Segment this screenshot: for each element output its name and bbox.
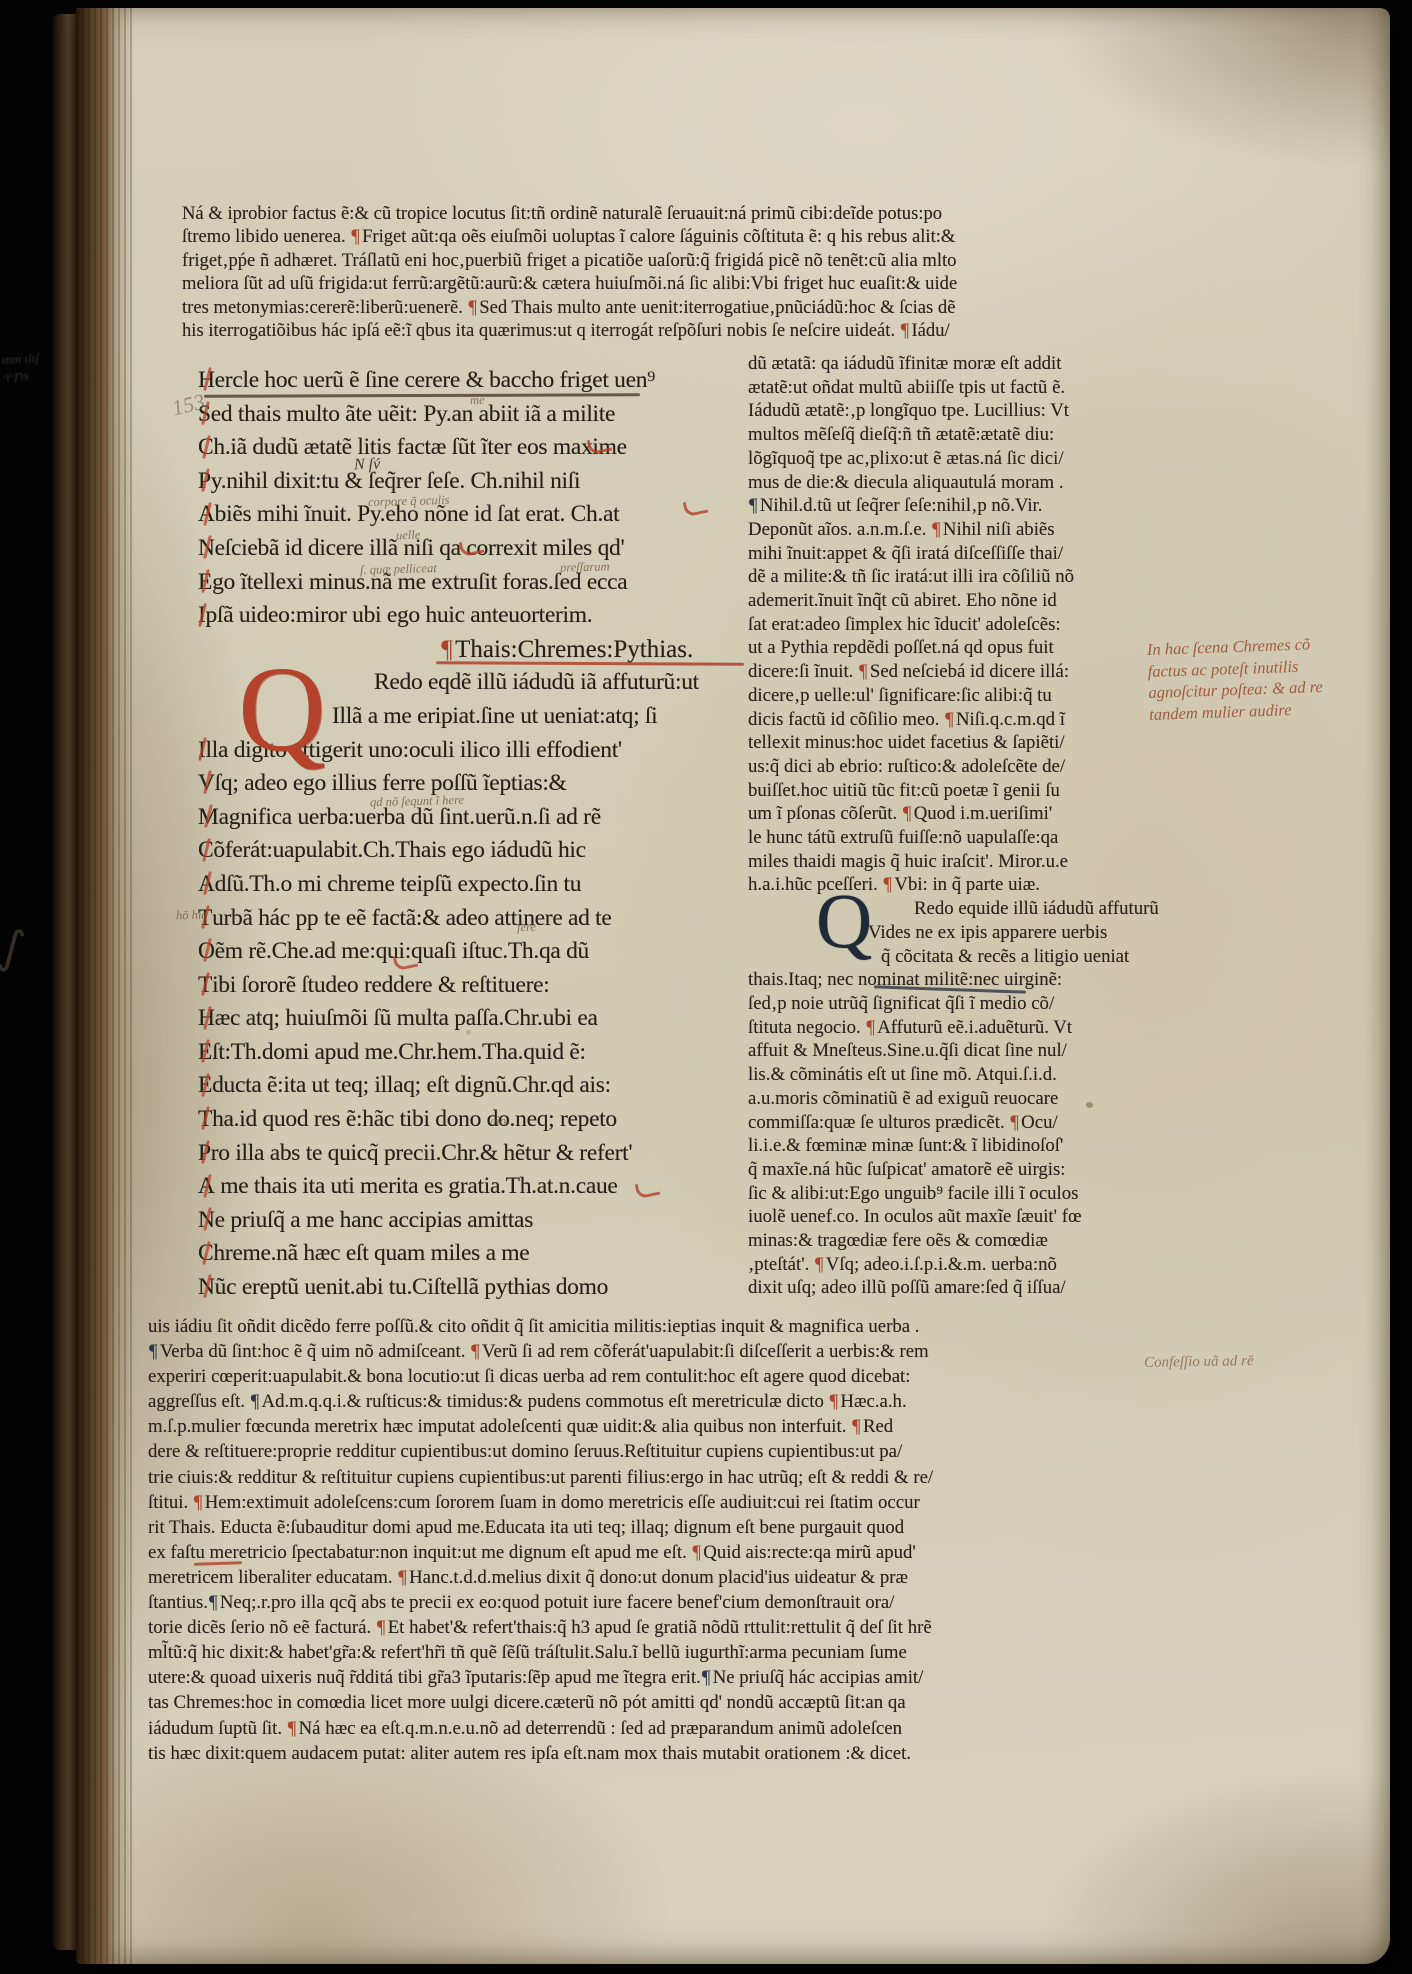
rubricated-capital: N — [198, 1271, 215, 1305]
verse-line: Adſũ.Th.o mi chreme teipſũ expecto.ſin t… — [198, 868, 788, 902]
commentary-line: dicis factũ id cõſilio meo. ¶Niſi.q.c.m.… — [748, 708, 1152, 732]
red-pilcrow: ¶ — [931, 519, 943, 540]
verse-line: Pro illa abs te quicq̃ precii.Chr.& hẽtu… — [198, 1137, 788, 1171]
handwritten-margin-note: Confeſſio uã ad rē — [1144, 1353, 1254, 1372]
commentary-line: ætatẽ:ut oñdat multũ abiiſſe tpis ut fac… — [748, 376, 1152, 400]
commentary-line: ex faſtu meretricio ſpectabatur:non inqu… — [148, 1540, 1158, 1565]
commentary-line: dũ ætatã: qa iádudũ ĩfinitæ moræ eſt add… — [748, 352, 1152, 376]
rubricated-capital: A — [198, 868, 215, 902]
verse-line: Magnifica uerba:uerba dũ ſint.uerũ.n.ſi … — [198, 801, 788, 835]
commentary-line: iuolẽ uenef.co. In oculos aũt maxĩe ſæui… — [748, 1205, 1152, 1229]
interlinear-note: uelle — [396, 528, 421, 544]
rubricated-capital: M — [198, 801, 219, 835]
book-page: Ná & iprobior factus ẽ:& cũ tropice locu… — [76, 8, 1390, 1964]
rubricated-capital: T — [198, 969, 212, 1003]
rubricated-capital: T — [198, 1103, 212, 1137]
commentary-line: utere:& quoad uixeris nuq̃ r̃dditá tibi … — [148, 1665, 1158, 1690]
verse-line: Turbã hác pp te eẽ factã:& adeo attinere… — [198, 902, 788, 936]
interlinear-note: corpore q̃ oculis — [368, 493, 450, 510]
verse-line: A me thais ita uti merita es gratia.Th.a… — [198, 1170, 788, 1204]
commentary-line: trie ciuis:& redditur & reſtituitur cupi… — [148, 1465, 1158, 1490]
margin-squiggle: ∫ — [0, 918, 29, 976]
commentary-line: uis iádiu ſit oñdit dicẽdo ferre poſſũ.&… — [148, 1314, 1158, 1339]
commentary-line: ſat erat:adeo ſimplex hic ĩducit' adoleſ… — [748, 613, 1152, 637]
commentary-line: m.ſ.p.mulier fœcunda meretrix hæc imputa… — [148, 1414, 1158, 1439]
verse-line: Sed thais multo ãte uẽit: Py.an abiit iã… — [198, 398, 788, 432]
red-pilcrow: ¶ — [440, 636, 455, 663]
binding-gutter-shadow — [76, 8, 134, 1964]
commentary-line: meretricem liberaliter educatam. ¶Hanc.t… — [148, 1565, 1158, 1590]
rubricated-capital: I — [198, 734, 206, 768]
verse-line: Chreme.nã hæc eſt quam miles a me — [198, 1237, 788, 1271]
commentary-line: lõgĩquoq̃ tpe ac‚plixo:ut ẽ ætas.ná ſic … — [748, 447, 1152, 471]
commentary-line: meliora ſũt ad uſũ frigida:ut ferrũ:argẽ… — [182, 272, 1162, 295]
commentary-line: mihi ĩnuit:appet & q̃ſi iratá diſceſſiſſ… — [748, 542, 1152, 566]
red-initial-q: Q — [238, 662, 326, 757]
ink-speck — [1086, 1102, 1093, 1108]
red-pilcrow: ¶ — [376, 1617, 388, 1638]
rubricated-capital: E — [198, 1069, 212, 1103]
interlinear-note: preſſarum — [560, 559, 610, 575]
rubricated-capital: I — [198, 599, 206, 633]
commentary-line: friget‚pṕe ñ adhæret. Tráſlatũ eni hoc‚p… — [182, 249, 1162, 272]
red-pilcrow: ¶ — [193, 1492, 205, 1513]
faded-margin-scribble: ınm ılıſ·ʏ·ꞅıs — [1, 349, 40, 385]
red-pilcrow: ¶ — [858, 661, 870, 682]
commentary-line: tellexit minus:hoc uidet facetius & ſapi… — [748, 731, 1152, 755]
interlinear-note: qd nõ ſequnt ĩ here — [370, 793, 464, 810]
red-pilcrow: ¶ — [829, 1391, 841, 1412]
commentary-line: Vides ne ex ipis apparere uerbis — [748, 921, 1152, 945]
verse-line: Educta ẽ:ita ut teq; illaq; eſt dignũ.Ch… — [198, 1069, 788, 1103]
commentary-line: tres metonymias:cererẽ:liberũ:uenerẽ. ¶S… — [182, 296, 1162, 319]
commentary-line: dere & reſtituere:proprie redditur cupie… — [148, 1439, 1158, 1464]
verse-line: Ne priuſq̃ a me hanc accipias amittas — [198, 1204, 788, 1238]
commentary-line: ſtituta negocio. ¶Affuturũ eẽ.i.aduẽturũ… — [748, 1016, 1152, 1040]
commentary-line: ſtremo libido uenerea. ¶Friget aũt:qa oẽ… — [182, 225, 1162, 248]
red-pilcrow: ¶ — [287, 1718, 299, 1739]
commentary-line: dẽ a milite:& tñ ſic iratá:ut illi ira c… — [748, 565, 1152, 589]
commentary-line: iádudum ſuptũ ſit. ¶Ná hæc ea eſt.q.m.n.… — [148, 1716, 1158, 1741]
commentary-line: q̃ cõcitata & recẽs a litigio ueniat — [748, 945, 1152, 969]
commentary-line: ml̃tũ:q̃ hic dixit:& habet'gr̃a:& refert… — [148, 1640, 1158, 1665]
rubricated-capital: C — [198, 834, 213, 868]
commentary-line: tis hæc dixit:quem audacem putat: aliter… — [148, 1741, 1158, 1766]
verse-line: Ego ĩtellexi minus.nã me extruſit foras.… — [198, 566, 788, 600]
commentary-line: dicere:ſi ĩnuit. ¶Sed neſciebá id dicere… — [748, 660, 1152, 684]
rubricated-capital: P — [198, 1137, 211, 1171]
drop-cap-section: Q Redo eqdẽ illũ iádudũ iã affuturũ:utIl… — [198, 666, 788, 733]
commentary-line: dixit uſq; adeo illũ poſſũ amare:ſed q̃ … — [748, 1276, 1152, 1300]
verse-line: Eſt:Th.domi apud me.Chr.hem.Tha.quid ẽ: — [198, 1036, 788, 1070]
commentary-line: Deponũt aĩos. a.n.m.ſ.e. ¶Nihil niſi abi… — [748, 518, 1152, 542]
commentary-line: ſic & alibi:ut:Ego unguib⁹ facile illi ĩ… — [748, 1182, 1152, 1206]
red-pilcrow: ¶ — [397, 1567, 409, 1588]
commentary-line: minas:& tragœdiæ fere oẽs & comœdiæ — [748, 1229, 1152, 1253]
commentary-line: multos mẽſeſq̃ dieſq̃:ñ tñ ætatẽ:ætatẽ d… — [748, 423, 1152, 447]
red-pilcrow: ¶ — [865, 1017, 877, 1038]
verse-line: Ch.iã dudũ ætatẽ litis factæ ſũt ĩter eo… — [198, 431, 788, 465]
interlinear-note: ſ. quæ pelliceat — [360, 561, 437, 578]
bottom-commentary-block: uis iádiu ſit oñdit dicẽdo ferre poſſũ.&… — [148, 1314, 1158, 1766]
verse-line: Nũc ereptũ uenit.abi tu.Ciſtellã pythias… — [198, 1271, 788, 1305]
red-pilcrow: ¶ — [468, 297, 480, 318]
commentary-line: us:q̃ dici ab ebrio: ruſtico:& adoleſcẽt… — [748, 755, 1152, 779]
commentary-line: dicere‚p uelle:ul' ſignificare:ſic alibi… — [748, 684, 1152, 708]
interlinear-note: N ſv́ — [354, 456, 381, 475]
dark-pilcrow: ¶ — [250, 1391, 262, 1412]
red-pilcrow: ¶ — [900, 320, 912, 341]
red-pilcrow: ¶ — [902, 803, 914, 824]
photograph-background: ınm ılıſ·ʏ·ꞅıs ∫ Ná & iprobior factus ẽ:… — [0, 0, 1412, 1974]
commentary-line: commiſſa:quæ ſe ulturos prædicẽt. ¶Ocu/ — [748, 1111, 1152, 1135]
commentary-line: Redo equide illũ iádudũ affuturũ — [748, 897, 1152, 921]
rubricated-capital: O — [198, 935, 215, 969]
verse-line: Hercle hoc uerũ ẽ ſine cerere & baccho f… — [198, 364, 788, 398]
ink-speck — [466, 1030, 471, 1035]
commentary-line: Ná & iprobior factus ẽ:& cũ tropice locu… — [182, 202, 1162, 225]
red-pilcrow: ¶ — [470, 1341, 482, 1362]
commentary-line: ¶Verba dũ ſint:hoc ẽ q̃ uim nõ admiſcean… — [148, 1339, 1158, 1364]
rubricated-capital: H — [198, 1002, 215, 1036]
commentary-line: li.i.e.& fœminæ minæ ſunt:& ĩ libidinoſo… — [748, 1134, 1152, 1158]
commentary-line: ademerit.ĩnuit ĩnq̃t cũ abiret. Eho nõne… — [748, 589, 1152, 613]
commentary-line: ut a Pythia repdẽdi poſſet.ná qd opus fu… — [748, 636, 1152, 660]
rubricated-capital: N — [198, 532, 215, 566]
blue-initial-q: Q — [816, 891, 872, 952]
commentary-line: tas Chremes:hoc in comœdia licet more uu… — [148, 1690, 1158, 1715]
handwritten-margin-note: In hac ſcena Chremes cõfactus ac poteſt … — [1147, 633, 1324, 725]
dark-pilcrow: ¶ — [701, 1667, 713, 1688]
red-pilcrow: ¶ — [1009, 1112, 1021, 1133]
commentary-line: Iádudũ ætatẽ:‚p longĩquo tpe. Lucillius:… — [748, 399, 1152, 423]
commentary-line: h.a.i.hũc pceſſeri. ¶Vbi: in q̃ parte ui… — [748, 873, 1152, 897]
commentary-line: lis.& cõminátis eſt ut ſine mõ. Atqui.ſ.… — [748, 1063, 1152, 1087]
commentary-line: mus de die:& diecula aliquautulá moram . — [748, 471, 1152, 495]
commentary-line: his iterrogatiõibus hác ipſá eẽ:ĩ qbus i… — [182, 319, 1162, 342]
commentary-line: ſtantius.¶Neq;.r.pro illa qcq̃ abs te pr… — [148, 1590, 1158, 1615]
verse-line: Oẽm rẽ.Che.ad me:qui:quaſi iſtuc.Th.qa d… — [198, 935, 788, 969]
commentary-line: um ĩ pſonas cõſerũt. ¶Quod i.m.ueriſimi' — [748, 802, 1152, 826]
rubricated-capital: P — [198, 465, 211, 499]
commentary-line: aggreſſus eſt. ¶Ad.m.q.q.i.& ruſticus:& … — [148, 1389, 1158, 1414]
interlinear-note: hō hie — [176, 908, 207, 924]
dark-pilcrow: ¶ — [748, 495, 760, 516]
red-pilcrow: ¶ — [944, 709, 956, 730]
red-pilcrow: ¶ — [851, 1416, 863, 1437]
commentary-line: miles thaidi magis q̃ huic iraſcit'. Mir… — [748, 850, 1152, 874]
rubricated-capital: N — [198, 1204, 215, 1238]
verse-line: Neſciebã id dicere illã niſi qa correxit… — [198, 532, 788, 566]
commentary-line: ‚pteſtát'. ¶Vſq; adeo.i.ſ.p.i.&.m. uerba… — [748, 1253, 1152, 1277]
red-pilcrow: ¶ — [691, 1542, 703, 1563]
red-pilcrow: ¶ — [883, 874, 895, 895]
commentary-line: ſtitui. ¶Hem:extimuit adoleſcens:cum ſor… — [148, 1490, 1158, 1515]
drop-cap-section: Q Redo equide illũ iádudũ affuturũVides … — [748, 897, 1152, 968]
verse-line: Hæc atq; huiuſmõi ſũ multa paſſa.Chr.ubi… — [198, 1002, 788, 1036]
interlinear-note: fere — [517, 920, 536, 935]
rubricated-capital: A — [198, 1170, 215, 1204]
commentary-line: torie dicẽs ſerio nõ eẽ facturá. ¶Et hab… — [148, 1615, 1158, 1640]
commentary-line: rit Thais. Educta ẽ:ſubauditur domi apud… — [148, 1515, 1158, 1540]
rubricated-capital: C — [198, 431, 213, 465]
dark-pilcrow: ¶ — [148, 1341, 160, 1362]
verse-line: Tibi ſororẽ ſtudeo reddere & reſtituere: — [198, 969, 788, 1003]
verse-line: Ipſã uideo:miror ubi ego huic anteuorter… — [198, 599, 788, 633]
commentary-line: affuit & Mneſteus.Sine.u.q̃ſi dicat ſine… — [748, 1039, 1152, 1063]
rubricated-capital: A — [198, 498, 215, 532]
top-commentary-block: Ná & iprobior factus ẽ:& cũ tropice locu… — [182, 202, 1162, 342]
commentary-column: dũ ætatã: qa iádudũ ĩfinitæ moræ eſt add… — [748, 352, 1152, 1300]
red-pilcrow: ¶ — [814, 1254, 826, 1275]
interlinear-note: aĩo — [490, 1114, 506, 1129]
verse-line: Cõferát:uapulabit.Ch.Thais ego iádudũ hi… — [198, 834, 788, 868]
commentary-line: q̃ maxĩe.ná hũc ſuſpicat' amatorẽ eẽ uir… — [748, 1158, 1152, 1182]
dark-pilcrow: ¶ — [208, 1592, 220, 1613]
commentary-line: ſed‚p noie utrũq̃ ſignificat q̃ſi ĩ medi… — [748, 992, 1152, 1016]
commentary-line: ¶Nihil.d.tũ ut ſeq̃rer ſeſe:nihil‚p nõ.V… — [748, 494, 1152, 518]
rubricated-capital: E — [198, 1036, 212, 1070]
rubricated-capital: C — [198, 1237, 213, 1271]
commentary-line: le hunc tátũ extruſũ fuiſſe:nõ uapulaſſe… — [748, 826, 1152, 850]
rubricated-capital: V — [198, 767, 215, 801]
rubricated-capital: E — [198, 566, 212, 600]
verse-line: Py.nihil dixit:tu & ſeq̃rer ſeſe. Ch.nih… — [198, 465, 788, 499]
commentary-line: buiſſet.hoc uitiũ tũc fit:cũ poetæ ĩ gen… — [748, 779, 1152, 803]
commentary-line: experiri cœperit:uapulabit.& bona locuti… — [148, 1364, 1158, 1389]
red-pilcrow: ¶ — [350, 226, 362, 247]
